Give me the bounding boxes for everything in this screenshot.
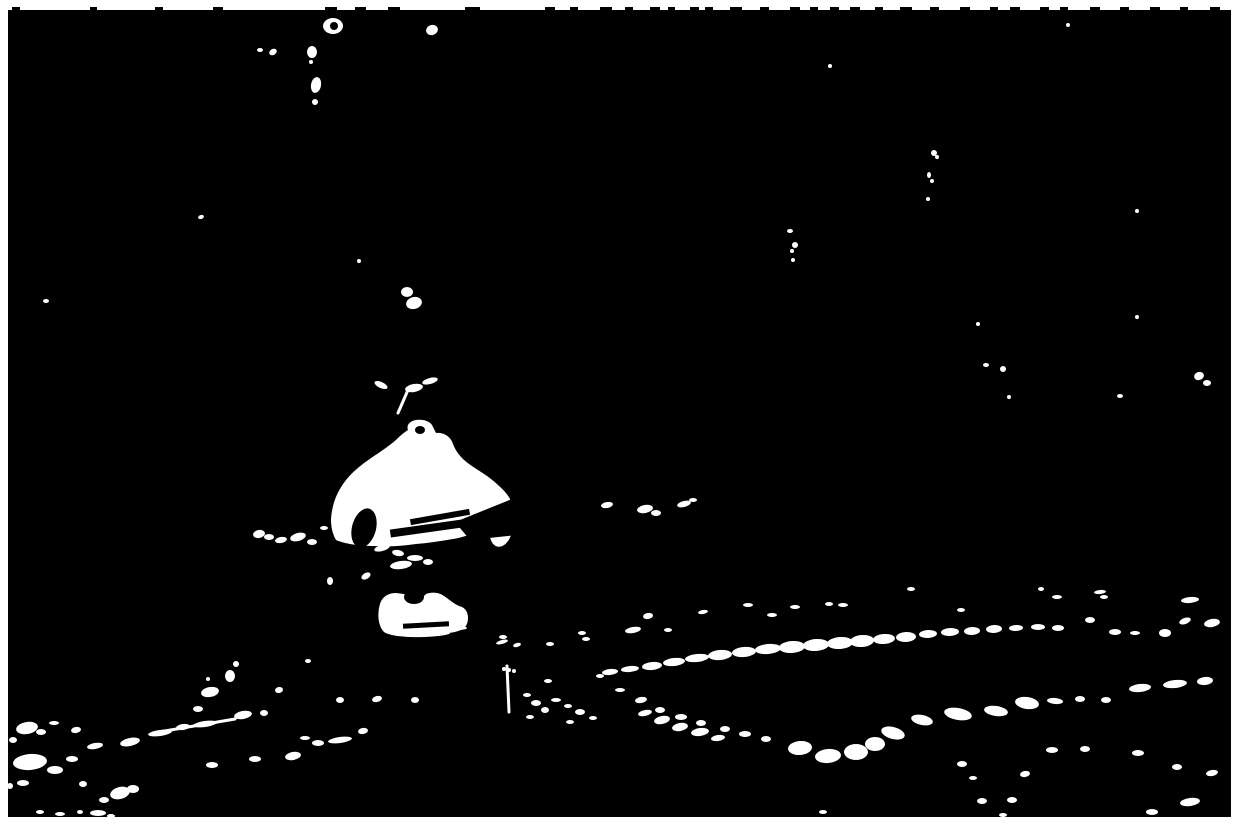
photo-canvas <box>0 0 1240 829</box>
bw-threshold-photo <box>0 0 1240 829</box>
photo-frame <box>8 10 1231 817</box>
photo-page <box>0 0 1240 829</box>
